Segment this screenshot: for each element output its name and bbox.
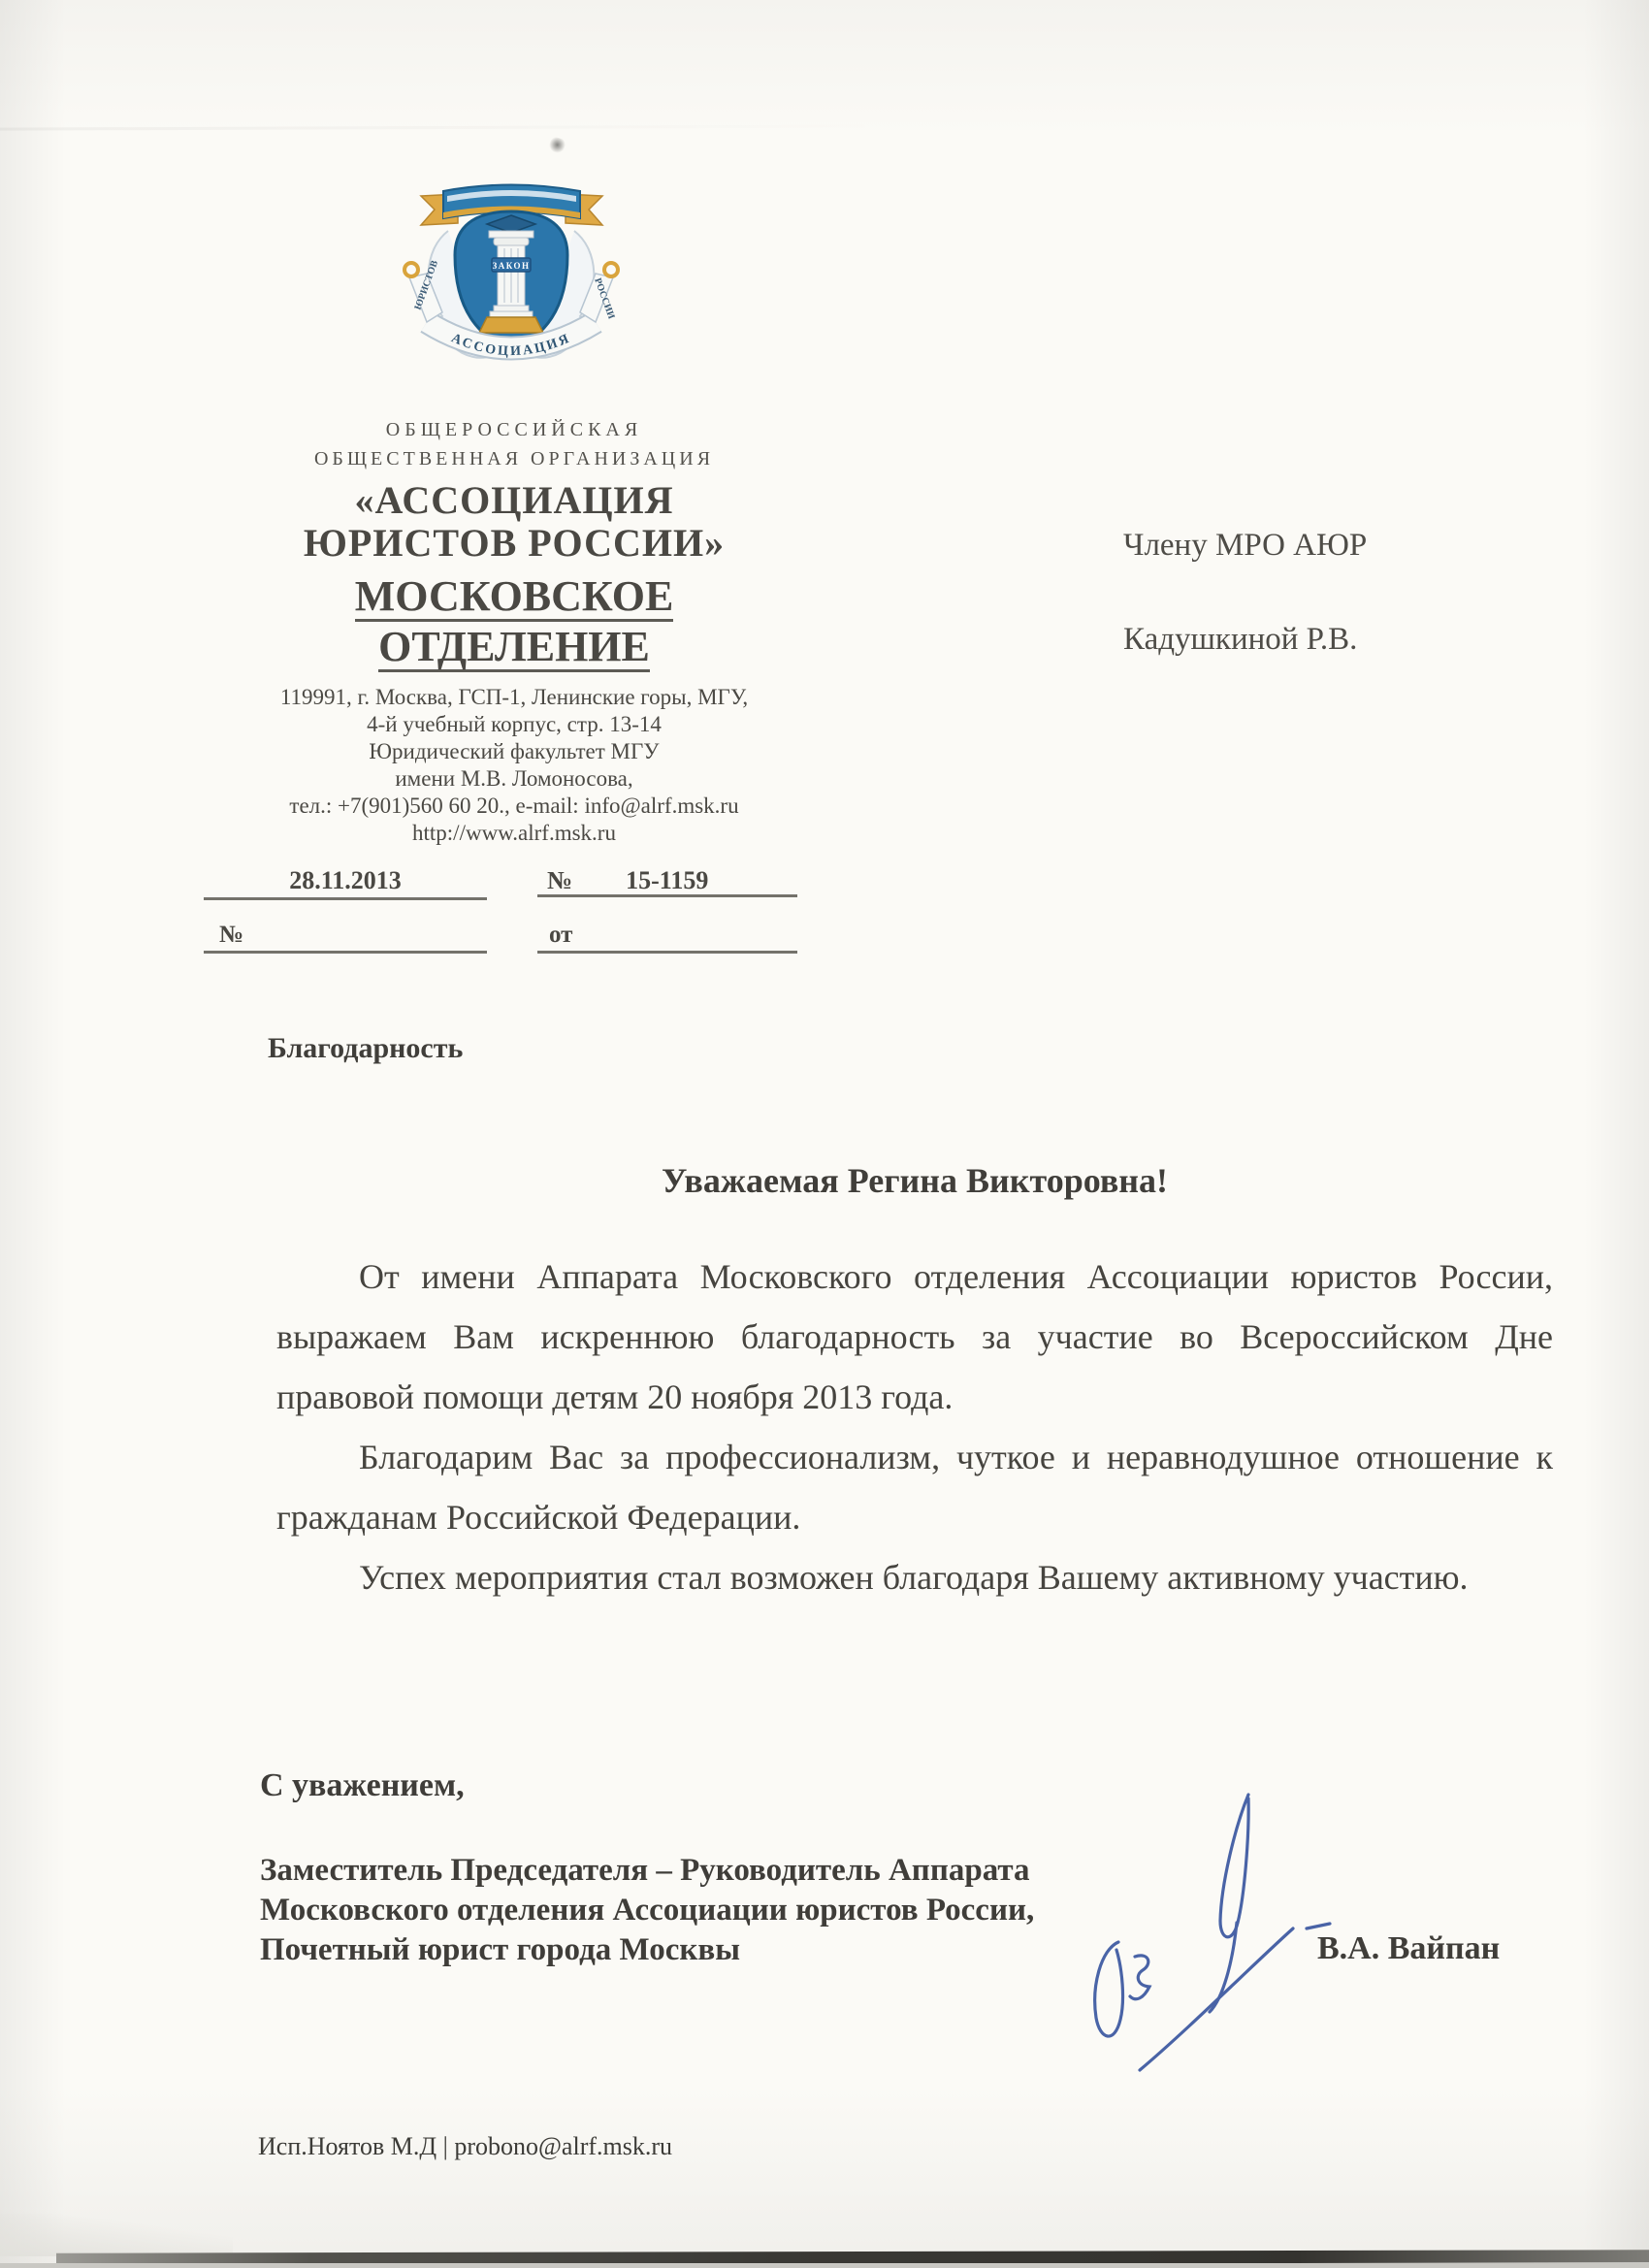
reference-block: 28.11.2013 №15-1159 № от bbox=[204, 866, 800, 963]
signer-title-line: Московского отделения Ассоциации юристов… bbox=[260, 1891, 1034, 1930]
signer-title-block: Заместитель Председателя – Руководитель … bbox=[260, 1851, 1034, 1970]
from-cell: от bbox=[537, 922, 797, 954]
address-line: 119991, г. Москва, ГСП-1, Ленинские горы… bbox=[223, 684, 805, 711]
body-paragraph: Успех мероприятия стал возможен благодар… bbox=[276, 1547, 1553, 1607]
address-line: 4-й учебный корпус, стр. 13-14 bbox=[223, 711, 805, 738]
executor-line: Исп.Ноятов М.Д | probono@alrf.msk.ru bbox=[258, 2132, 672, 2161]
scan-edge-wedge bbox=[0, 2214, 233, 2256]
branch-line2: ОТДЕЛЕНИЕ bbox=[378, 626, 650, 672]
org-type-line1: ОБЩЕРОССИЙСКАЯ bbox=[223, 419, 805, 441]
address-line: имени М.В. Ломоносова, bbox=[223, 765, 805, 793]
recipient-line2: Кадушкиной Р.В. bbox=[1123, 622, 1472, 658]
address-line: тел.: +7(901)560 60 20., e-mail: info@al… bbox=[223, 793, 805, 820]
letter-subject: Благодарность bbox=[268, 1032, 463, 1065]
recipient-block: Члену МРО АЮР Кадушкиной Р.В. bbox=[1123, 528, 1472, 658]
letter-number-cell: №15-1159 bbox=[537, 866, 797, 897]
scan-bottom-base bbox=[0, 2263, 1649, 2268]
column-banner-text: ЗАКОН bbox=[492, 261, 530, 271]
body-paragraph: Благодарим Вас за профессионализм, чутко… bbox=[276, 1427, 1553, 1547]
org-address: 119991, г. Москва, ГСП-1, Ленинские горы… bbox=[223, 684, 805, 847]
paper-crease bbox=[0, 124, 907, 130]
letter-body: От имени Аппарата Московского отделения … bbox=[276, 1247, 1553, 1607]
scanned-letter-page: ЗАКОН ЮРИСТОВ РОССИИ АССОЦИАЦИЯ ОБЩЕРОСС… bbox=[0, 0, 1649, 2268]
number-label: № bbox=[547, 866, 572, 894]
branch-line1: МОСКОВСКОЕ bbox=[355, 575, 674, 622]
salutation: Уважаемая Регина Викторовна! bbox=[276, 1160, 1553, 1201]
signer-name: В.А. Вайпан bbox=[1317, 1930, 1500, 1967]
incoming-number-cell: № bbox=[204, 922, 487, 954]
signer-title-line: Заместитель Председателя – Руководитель … bbox=[260, 1851, 1034, 1891]
letterhead: ОБЩЕРОССИЙСКАЯ ОБЩЕСТВЕННАЯ ОРГАНИЗАЦИЯ … bbox=[223, 419, 805, 847]
letter-date: 28.11.2013 bbox=[204, 866, 487, 900]
org-name-line1: «АССОЦИАЦИЯ bbox=[223, 480, 805, 521]
association-of-lawyers-crest-icon: ЗАКОН ЮРИСТОВ РОССИИ АССОЦИАЦИЯ bbox=[388, 165, 635, 398]
letter-number-value: 15-1159 bbox=[626, 866, 708, 894]
address-line: Юридический факультет МГУ bbox=[223, 738, 805, 765]
recipient-line1: Члену МРО АЮР bbox=[1123, 528, 1472, 564]
closing-regards: С уважением, bbox=[260, 1767, 465, 1804]
signer-title-line: Почетный юрист города Москвы bbox=[260, 1930, 1034, 1970]
address-line-url: http://www.alrf.msk.ru bbox=[223, 820, 805, 847]
org-name-line2: ЮРИСТОВ РОССИИ» bbox=[223, 523, 805, 564]
ink-smudge bbox=[547, 136, 567, 157]
body-paragraph: От имени Аппарата Московского отделения … bbox=[276, 1247, 1553, 1427]
org-type-line2: ОБЩЕСТВЕННАЯ ОРГАНИЗАЦИЯ bbox=[223, 448, 805, 470]
